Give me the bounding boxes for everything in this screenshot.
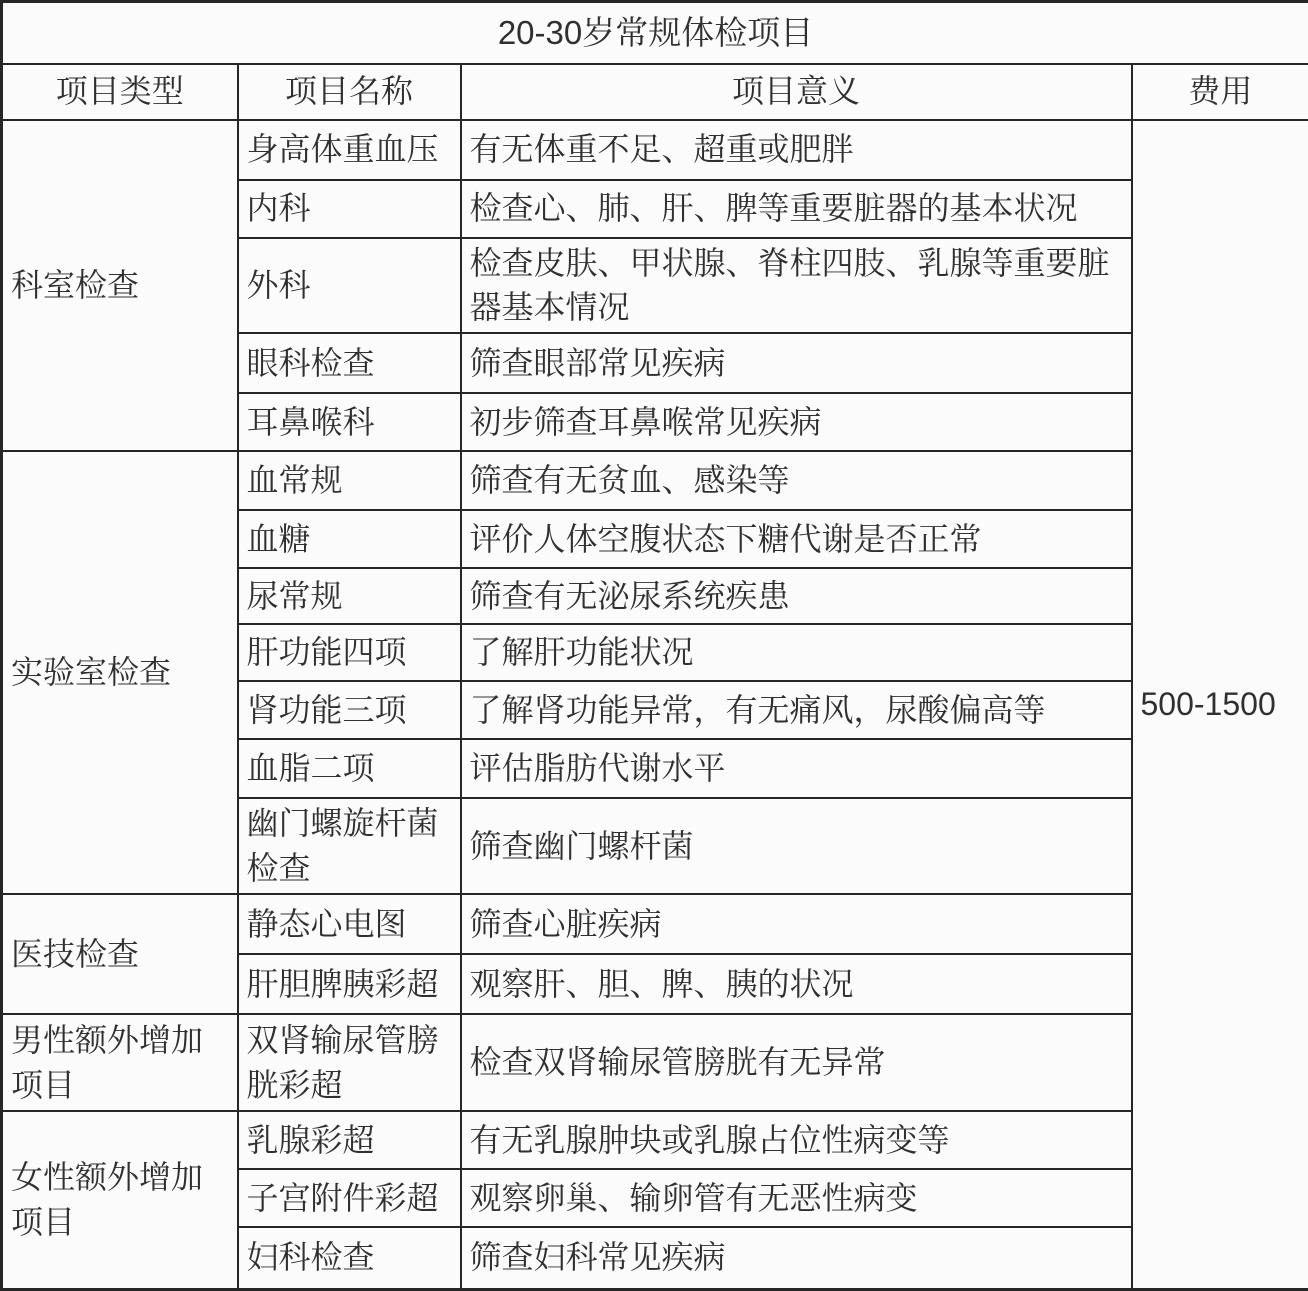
project-name-cell: 尿常规 (238, 568, 461, 624)
project-name-cell: 子宫附件彩超 (238, 1169, 461, 1227)
project-meaning-cell: 评估脂肪代谢水平 (461, 739, 1132, 798)
table-row: 医技检查 静态心电图 筛查心脏疾病 (2, 894, 1308, 954)
table-row: 实验室检查 血常规 筛查有无贫血、感染等 (2, 451, 1308, 510)
project-meaning-cell: 评价人体空腹状态下糖代谢是否正常 (461, 510, 1132, 568)
project-name-cell: 双肾输尿管膀胱彩超 (238, 1014, 461, 1111)
project-meaning-cell: 筛查有无泌尿系统疾患 (461, 568, 1132, 624)
project-meaning-cell: 筛查有无贫血、感染等 (461, 451, 1132, 510)
project-meaning-cell: 有无乳腺肿块或乳腺占位性病变等 (461, 1111, 1132, 1169)
project-meaning-cell: 筛查心脏疾病 (461, 894, 1132, 954)
table-row: 科室检查 身高体重血压 有无体重不足、超重或肥胖 500-1500 (2, 120, 1308, 180)
checkup-table: 20-30岁常规体检项目 项目类型 项目名称 项目意义 费用 科室检查 身高体重… (0, 0, 1308, 1291)
project-name-cell: 眼科检查 (238, 333, 461, 393)
project-name-cell: 肾功能三项 (238, 681, 461, 739)
col-header-project-meaning: 项目意义 (461, 64, 1132, 120)
project-meaning-cell: 观察肝、胆、脾、胰的状况 (461, 954, 1132, 1014)
project-name-cell: 静态心电图 (238, 894, 461, 954)
col-header-project-type: 项目类型 (2, 64, 238, 120)
project-meaning-cell: 筛查幽门螺杆菌 (461, 798, 1132, 894)
project-meaning-cell: 筛查妇科常见疾病 (461, 1227, 1132, 1289)
project-name-cell: 血常规 (238, 451, 461, 510)
project-name-cell: 妇科检查 (238, 1227, 461, 1289)
project-name-cell: 血糖 (238, 510, 461, 568)
fee-cell: 500-1500 (1132, 120, 1308, 1290)
group-cell-male-extra: 男性额外增加项目 (2, 1014, 238, 1111)
project-meaning-cell: 了解肝功能状况 (461, 624, 1132, 681)
table-title: 20-30岁常规体检项目 (2, 2, 1308, 64)
group-cell-medical-tech-exam: 医技检查 (2, 894, 238, 1014)
table-row: 女性额外增加项目 乳腺彩超 有无乳腺肿块或乳腺占位性病变等 (2, 1111, 1308, 1169)
project-name-cell: 耳鼻喉科 (238, 393, 461, 451)
project-meaning-cell: 观察卵巢、输卵管有无恶性病变 (461, 1169, 1132, 1227)
project-meaning-cell: 筛查眼部常见疾病 (461, 333, 1132, 393)
project-name-cell: 肝功能四项 (238, 624, 461, 681)
project-meaning-cell: 检查皮肤、甲状腺、脊柱四肢、乳腺等重要脏器基本情况 (461, 238, 1132, 334)
project-name-cell: 外科 (238, 238, 461, 334)
project-name-cell: 血脂二项 (238, 739, 461, 798)
project-meaning-cell: 检查心、肺、肝、脾等重要脏器的基本状况 (461, 180, 1132, 238)
col-header-project-name: 项目名称 (238, 64, 461, 120)
project-meaning-cell: 有无体重不足、超重或肥胖 (461, 120, 1132, 180)
table-row: 男性额外增加项目 双肾输尿管膀胱彩超 检查双肾输尿管膀胱有无异常 (2, 1014, 1308, 1111)
project-name-cell: 肝胆脾胰彩超 (238, 954, 461, 1014)
group-cell-laboratory-exam: 实验室检查 (2, 451, 238, 894)
col-header-fee: 费用 (1132, 64, 1308, 120)
project-name-cell: 幽门螺旋杆菌检查 (238, 798, 461, 894)
project-name-cell: 乳腺彩超 (238, 1111, 461, 1169)
project-meaning-cell: 了解肾功能异常，有无痛风，尿酸偏高等 (461, 681, 1132, 739)
project-meaning-cell: 初步筛查耳鼻喉常见疾病 (461, 393, 1132, 451)
project-name-cell: 身高体重血压 (238, 120, 461, 180)
group-cell-female-extra: 女性额外增加项目 (2, 1111, 238, 1289)
group-cell-department-exam: 科室检查 (2, 120, 238, 452)
project-meaning-cell: 检查双肾输尿管膀胱有无异常 (461, 1014, 1132, 1111)
project-name-cell: 内科 (238, 180, 461, 238)
